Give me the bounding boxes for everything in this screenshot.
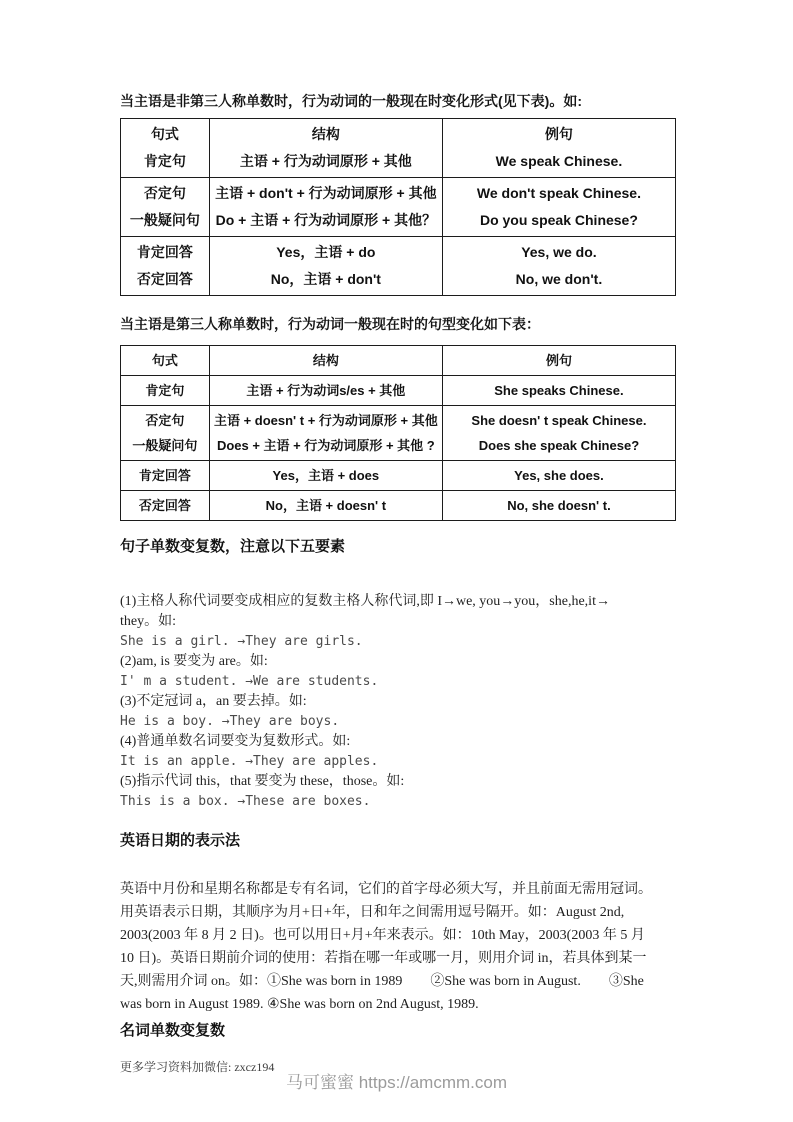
cell-line: 肯定回答 (122, 463, 208, 488)
table-cell-structure: Yes，主语 + do No，主语 + don't (209, 237, 442, 296)
table-cell-example: Yes, we do. No, we don't. (442, 237, 675, 296)
table-cell-structure: 主语 + 行为动词s/es + 其他 (209, 376, 442, 406)
cell-line: 结构 (211, 121, 441, 148)
table-cell-structure: 主语 + don't + 行为动词原形 + 其他 Do + 主语 + 行为动词原… (209, 178, 442, 237)
table-cell-structure: 结构 主语 + 行为动词原形 + 其他 (209, 119, 442, 178)
table-cell-example: She doesn' t speak Chinese. Does she spe… (442, 406, 675, 461)
cell-line: Yes, she does. (444, 463, 674, 488)
example-line: This is a box. →These are boxes. (120, 792, 676, 812)
table-cell-example: 例句 (442, 346, 675, 376)
table-cell-example: No, she doesn' t. (442, 491, 675, 521)
table-cell-structure: 主语 + doesn' t + 行为动词原形 + 其他 Does + 主语 + … (209, 406, 442, 461)
cell-line: No，主语 + don't (211, 266, 441, 293)
cell-line: 主语 + 行为动词原形 + 其他 (211, 148, 441, 175)
plural-rules-block: (1)主格人称代词要变成相应的复数主格人称代词,即 I→we, you→you，… (120, 592, 676, 812)
paragraph-line: 10 日)。英语日期前介词的使用：若指在哪一年或哪一月，则用介词 in，若具体到… (120, 947, 676, 970)
verb-table-third-person: 句式 结构 例句 肯定句 主语 + 行为动词s/es + 其他 (120, 345, 676, 521)
cell-line: She speaks Chinese. (444, 378, 674, 403)
cell-line: Do + 主语 + 行为动词原形 + 其他？ (211, 207, 441, 234)
document-page: 当主语是非第三人称单数时，行为动词的一般现在时变化形式(见下表)。如: 句式 肯… (0, 0, 793, 1122)
paragraph-line: was born in August 1989. ④She was born o… (120, 993, 676, 1016)
table-row: 肯定句 主语 + 行为动词s/es + 其他 She speaks Chines… (121, 376, 676, 406)
table-cell-sentence-type: 肯定句 (121, 376, 210, 406)
rule-line: (1)主格人称代词要变成相应的复数主格人称代词,即 I→we, you→you，… (120, 592, 676, 612)
cell-line: Yes，主语 + do (211, 239, 441, 266)
table-cell-structure: Yes，主语 + does (209, 461, 442, 491)
cell-line: 结构 (211, 348, 441, 373)
cell-line: No, we don't. (444, 266, 674, 293)
cell-line: 句式 (122, 348, 208, 373)
cell-line: 肯定句 (122, 148, 208, 175)
table-cell-sentence-type: 否定句 一般疑问句 (121, 406, 210, 461)
cell-line: Yes，主语 + does (211, 463, 441, 488)
cell-line: 句式 (122, 121, 208, 148)
cell-line: No，主语 + doesn' t (211, 493, 441, 518)
cell-line: 例句 (444, 348, 674, 373)
example-line: It is an apple. →They are apples. (120, 752, 676, 772)
table-row: 句式 肯定句 结构 主语 + 行为动词原形 + 其他 例句 We speak C… (121, 119, 676, 178)
paragraph-line: 2003(2003 年 8 月 2 日)。也可以用日+月+年来表示。如：10th… (120, 924, 676, 947)
example-line: He is a boy. →They are boys. (120, 712, 676, 732)
document-content: 当主语是非第三人称单数时，行为动词的一般现在时变化形式(见下表)。如: 句式 肯… (120, 93, 676, 1075)
section-heading-plural-rules: 句子单数变复数，注意以下五要素 (120, 538, 676, 556)
section-heading-dates: 英语日期的表示法 (120, 832, 676, 850)
table-row: 肯定回答 否定回答 Yes，主语 + do No，主语 + don't Yes,… (121, 237, 676, 296)
table-cell-sentence-type: 肯定回答 (121, 461, 210, 491)
cell-line: She doesn' t speak Chinese. (444, 408, 674, 433)
cell-line: 肯定句 (122, 378, 208, 403)
section-heading-nouns: 名词单数变复数 (120, 1022, 676, 1040)
cell-line: 否定句 (122, 408, 208, 433)
example-line: I' m a student. →We are students. (120, 672, 676, 692)
cell-line: Do you speak Chinese? (444, 207, 674, 234)
table-row: 否定句 一般疑问句 主语 + don't + 行为动词原形 + 其他 Do + … (121, 178, 676, 237)
cell-line: 否定回答 (122, 266, 208, 293)
table-cell-sentence-type: 肯定回答 否定回答 (121, 237, 210, 296)
table-cell-sentence-type: 否定句 一般疑问句 (121, 178, 210, 237)
cell-line: 主语 + doesn' t + 行为动词原形 + 其他 (211, 408, 441, 433)
table-cell-example: We don't speak Chinese. Do you speak Chi… (442, 178, 675, 237)
cell-line: 否定回答 (122, 493, 208, 518)
cell-line: Does she speak Chinese? (444, 433, 674, 458)
cell-line: 一般疑问句 (122, 207, 208, 234)
site-footer: 马可蜜蜜 https://amcmm.com (0, 1068, 793, 1093)
intro-paragraph-non-third-person: 当主语是非第三人称单数时，行为动词的一般现在时变化形式(见下表)。如: (120, 93, 676, 110)
rule-line: they。如: (120, 612, 676, 632)
verb-table-non-third-person: 句式 肯定句 结构 主语 + 行为动词原形 + 其他 例句 We speak C… (120, 118, 676, 296)
table-row: 否定句 一般疑问句 主语 + doesn' t + 行为动词原形 + 其他 Do… (121, 406, 676, 461)
cell-line: 否定句 (122, 180, 208, 207)
cell-line: 主语 + don't + 行为动词原形 + 其他 (211, 180, 441, 207)
cell-line: No, she doesn' t. (444, 493, 674, 518)
table-cell-example: Yes, she does. (442, 461, 675, 491)
intro-paragraph-third-person: 当主语是第三人称单数时，行为动词一般现在时的句型变化如下表： (120, 316, 676, 333)
cell-line: 肯定回答 (122, 239, 208, 266)
cell-line: Yes, we do. (444, 239, 674, 266)
paragraph-line: 天,则需用介词 on。如：①She was born in 1989 ②She … (120, 970, 676, 993)
cell-line: We don't speak Chinese. (444, 180, 674, 207)
table-row: 否定回答 No，主语 + doesn' t No, she doesn' t. (121, 491, 676, 521)
table-cell-structure: No，主语 + doesn' t (209, 491, 442, 521)
rule-line: (2)am, is 要变为 are。如: (120, 652, 676, 672)
table-cell-example: 例句 We speak Chinese. (442, 119, 675, 178)
paragraph-line: 英语中月份和星期名称都是专有名词，它们的首字母必须大写，并且前面无需用冠词。 (120, 878, 676, 901)
cell-line: 一般疑问句 (122, 433, 208, 458)
cell-line: We speak Chinese. (444, 148, 674, 175)
cell-line: 主语 + 行为动词s/es + 其他 (211, 378, 441, 403)
table-header-row: 句式 结构 例句 (121, 346, 676, 376)
table-cell-sentence-type: 否定回答 (121, 491, 210, 521)
table-cell-sentence-type: 句式 (121, 346, 210, 376)
paragraph-line: 用英语表示日期，其顺序为月+日+年，日和年之间需用逗号隔开。如：August 2… (120, 901, 676, 924)
table-cell-structure: 结构 (209, 346, 442, 376)
dates-paragraph: 英语中月份和星期名称都是专有名词，它们的首字母必须大写，并且前面无需用冠词。 用… (120, 878, 676, 1016)
rule-line: (5)指示代词 this，that 要变为 these，those。如: (120, 772, 676, 792)
table-cell-sentence-type: 句式 肯定句 (121, 119, 210, 178)
rule-line: (4)普通单数名词要变为复数形式。如: (120, 732, 676, 752)
example-line: She is a girl. →They are girls. (120, 632, 676, 652)
rule-line: (3)不定冠词 a，an 要去掉。如: (120, 692, 676, 712)
cell-line: 例句 (444, 121, 674, 148)
table-row: 肯定回答 Yes，主语 + does Yes, she does. (121, 461, 676, 491)
cell-line: Does + 主语 + 行为动词原形 + 其他 ? (211, 433, 441, 458)
table-cell-example: She speaks Chinese. (442, 376, 675, 406)
